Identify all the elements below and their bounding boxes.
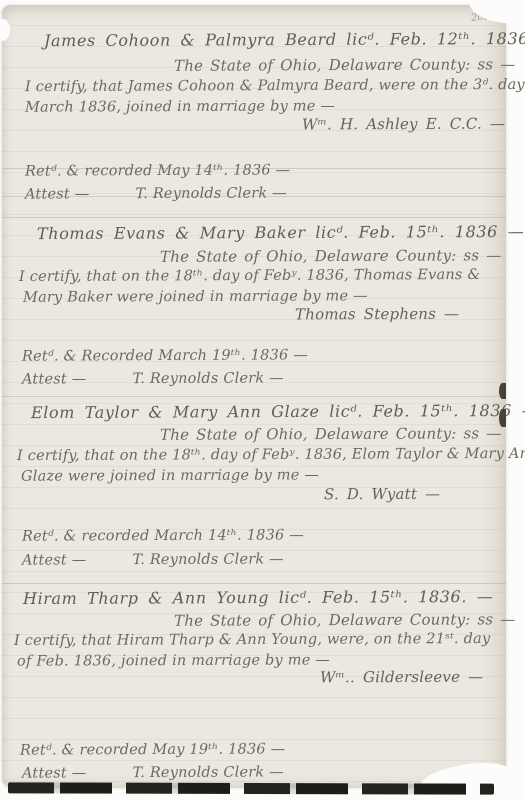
certification-line: I certify, that on the 18ᵗʰ. day of Febʸ… (17, 446, 525, 464)
entry-title: Thomas Evans & Mary Baker licᵈ. Feb. 15ᵗ… (37, 222, 524, 243)
certification-line: Mary Baker were joined in marriage by me… (23, 288, 368, 306)
officiant-signature: Wᵐ.. Gildersleeve — (320, 668, 483, 687)
ruled-line-red (2, 583, 506, 584)
certification-line: I certify, that James Cohoon & Palmyra B… (25, 77, 525, 95)
recorded-line: Retᵈ. & recorded March 14ᵗʰ. 1836 — (22, 527, 304, 544)
state-caption: The State of Ohio, Delaware County: ss — (174, 55, 516, 74)
attest-label: Attest — (22, 552, 87, 568)
spacer (86, 765, 132, 781)
clerk-name: T. Reynolds Clerk — (135, 185, 287, 202)
attest-line: Attest — T. Reynolds Clerk — (22, 370, 284, 387)
recorded-line: Retᵈ. & Recorded March 19ᵗʰ. 1836 — (22, 347, 308, 364)
state-caption: The State of Ohio, Delaware County: ss — (160, 424, 502, 443)
attest-line: Attest — T. Reynolds Clerk — (25, 185, 287, 202)
ruled-line (2, 396, 506, 397)
recorded-line: Retᵈ. & recorded May 19ᵗʰ. 1836 — (20, 741, 285, 758)
officiant-signature: Thomas Stephens — (295, 305, 459, 324)
recorded-line: Retᵈ. & recorded May 14ᵗʰ. 1836 — (25, 162, 290, 179)
certification-line: I certify, that Hiram Tharp & Ann Young,… (14, 631, 490, 649)
certification-line: Glaze were joined in marriage by me — (21, 467, 319, 484)
certification-line: March 1836, joined in marriage by me — (25, 98, 335, 115)
scanned-document: 202 James Cohoon & Palmyra Beard licᵈ. F… (0, 0, 525, 800)
certification-line: of Feb. 1836, joined in marriage by me — (17, 652, 330, 669)
attest-label: Attest — (22, 371, 87, 387)
adjacent-page-mark (499, 409, 506, 427)
attest-label: Attest — (22, 765, 87, 781)
attest-line: Attest — T. Reynolds Clerk — (22, 764, 284, 781)
certification-line: I certify, that on the 18ᵗʰ. day of Febʸ… (19, 267, 481, 285)
spacer (86, 552, 132, 568)
clerk-name: T. Reynolds Clerk — (132, 551, 284, 568)
clerk-name: T. Reynolds Clerk — (132, 370, 284, 387)
adjacent-page-mark (499, 383, 506, 399)
officiant-signature: Wᵐ. H. Ashley E. C.C. — (302, 115, 505, 134)
attest-label: Attest — (25, 186, 90, 202)
state-caption: The State of Ohio, Delaware County: ss — (160, 246, 502, 265)
book-binding-edge (8, 782, 494, 794)
entry-title: Elom Taylor & Mary Ann Glaze licᵈ. Feb. … (31, 401, 525, 422)
attest-line: Attest — T. Reynolds Clerk — (22, 551, 284, 568)
officiant-signature: S. D. Wyatt — (324, 485, 440, 504)
ledger-page: 202 James Cohoon & Palmyra Beard licᵈ. F… (2, 5, 506, 788)
clerk-name: T. Reynolds Clerk — (132, 764, 284, 781)
state-caption: The State of Ohio, Delaware County: ss — (174, 610, 516, 629)
spacer (86, 371, 132, 387)
entry-title: James Cohoon & Palmyra Beard licᵈ. Feb. … (44, 29, 525, 50)
entry-title: Hiram Tharp & Ann Young licᵈ. Feb. 15ᵗʰ.… (23, 587, 493, 608)
spacer (89, 186, 135, 202)
ruled-line (2, 217, 506, 218)
